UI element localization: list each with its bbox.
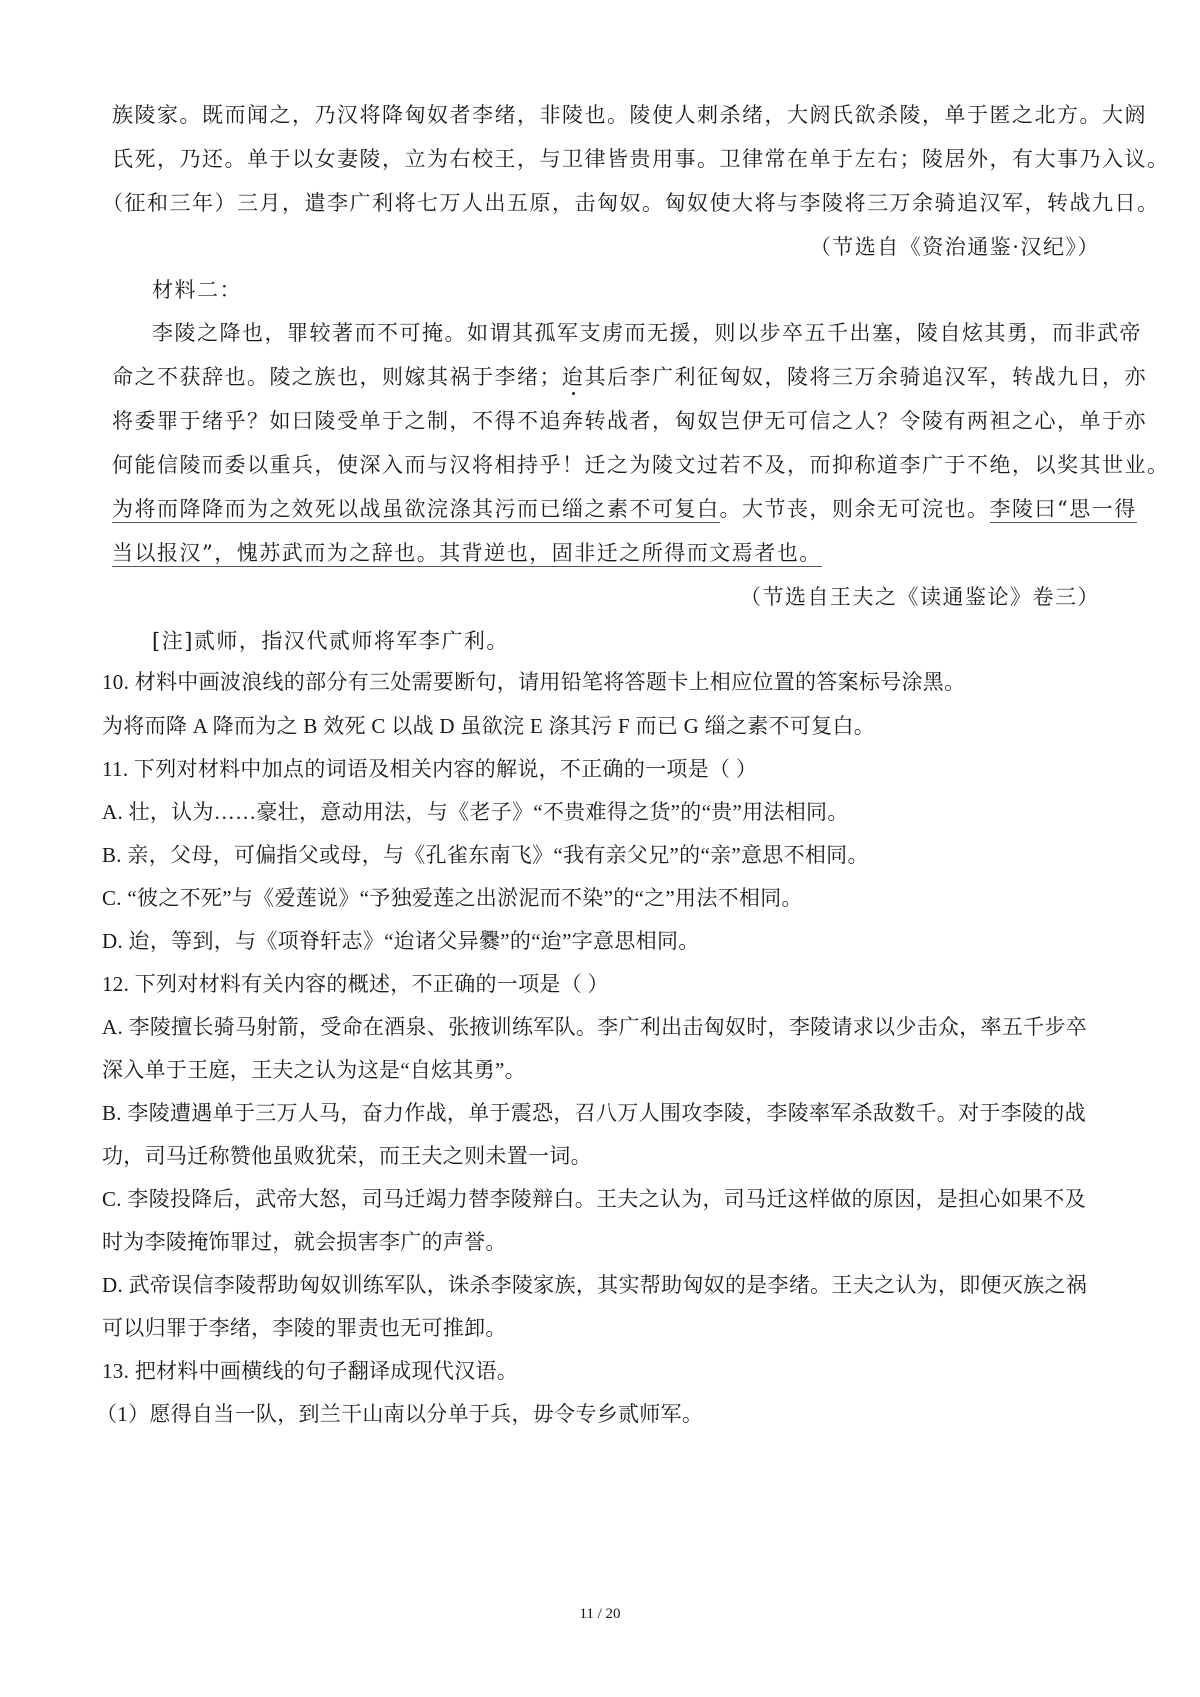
question-12-option-a-cont: 深入单于王庭，王夫之认为这是“自炫其勇”。 — [102, 1055, 1092, 1085]
question-12-option-d: D. 武帝误信李陵帮助匈奴训练军队，诛杀李陵家族，其实帮助匈奴的是李绪。王夫之认… — [102, 1270, 1092, 1300]
material-two-line: 当以报汉”，愧苏武而为之辞也。其背逆也，固非迁之所得而文焉者也。 — [112, 538, 1102, 568]
material-one-source: （节选自《资治通鉴·汉纪》） — [810, 232, 1100, 262]
text-segment: 命之不获辞也。陵之族也，则嫁其祸于李绪； — [112, 365, 562, 389]
underlined-sentence: 李陵曰“思一得 — [990, 497, 1137, 523]
question-11-option-c: C. “彼之不死”与《爱莲说》“予独爱莲之出淤泥而不染”的“之”用法不相同。 — [102, 883, 1092, 913]
question-13-sub-1: （1）愿得自当一队，到兰干山南以分单于兵，毋令专乡贰师军。 — [96, 1399, 1086, 1429]
text-segment: 。大节丧，则余无可浣也。 — [720, 497, 990, 521]
material-two-line: 将委罪于绪乎？如曰陵受单于之制，不得不追奔转战者，匈奴岂伊无可信之人？令陵有两袒… — [112, 406, 1102, 436]
underlined-sentence: 当以报汉”，愧苏武而为之辞也。其背逆也，固非迁之所得而文焉者也。 — [112, 541, 822, 567]
page-number: 11 / 20 — [0, 1606, 1200, 1623]
question-11-option-a: A. 壮，认为……豪壮，意动用法，与《老子》“不贵难得之货”的“贵”用法相同。 — [102, 797, 1092, 827]
material-two-line: 命之不获辞也。陵之族也，则嫁其祸于李绪；迨其后李广利征匈奴，陵将三万余骑追汉军，… — [112, 362, 1102, 392]
question-12-option-d-cont: 可以归罪于李绪，李陵的罪责也无可推卸。 — [102, 1313, 1092, 1343]
material-one-line: （征和三年）三月，遣李广利将七万人出五原，击匈奴。匈奴使大将与李陵将三万余骑追汉… — [102, 188, 1092, 218]
material-two-heading: 材料二： — [152, 275, 1142, 305]
material-two-line: 何能信陵而委以重兵，使深入而与汉将相持乎！迁之为陵文过若不及，而抑称道李广于不绝… — [112, 450, 1102, 480]
question-11-option-b: B. 亲，父母，可偏指父或母，与《孔雀东南飞》“我有亲父兄”的“亲”意思不相同。 — [102, 840, 1092, 870]
question-12-option-c: C. 李陵投降后，武帝大怒，司马迁竭力替李陵辩白。王夫之认为，司马迁这样做的原因… — [102, 1184, 1092, 1214]
annotation-note: [注]贰师，指汉代贰师将军李广利。 — [152, 626, 1142, 656]
material-two-line: 李陵之降也，罪较著而不可掩。如谓其孤军支虏而无援，则以步卒五千出塞，陵自炫其勇，… — [152, 318, 1142, 348]
exam-page: 族陵家。既而闻之，乃汉将降匈奴者李绪，非陵也。陵使人刺杀绪，大阏氏欲杀陵，单于匿… — [0, 0, 1200, 1697]
question-12-option-a: A. 李陵擅长骑马射箭，受命在酒泉、张掖训练军队。李广利出击匈奴时，李陵请求以少… — [102, 1012, 1092, 1042]
question-12-option-c-cont: 时为李陵掩饰罪过，就会损害李广的声誉。 — [102, 1227, 1092, 1257]
question-11-stem: 11. 下列对材料中加点的词语及相关内容的解说，不正确的一项是（ ） — [102, 754, 1092, 784]
question-10-options: 为将而降 A 降而为之 B 效死 C 以战 D 虽欲浣 E 涤其污 F 而已 G… — [102, 711, 1092, 741]
question-13-stem: 13. 把材料中画横线的句子翻译成现代汉语。 — [102, 1356, 1092, 1386]
material-one-line: 族陵家。既而闻之，乃汉将降匈奴者李绪，非陵也。陵使人刺杀绪，大阏氏欲杀陵，单于匿… — [112, 100, 1102, 130]
material-two-line: 为将而降降而为之效死以战虽欲浣涤其污而已缁之素不可复白。大节丧，则余无可浣也。李… — [112, 494, 1102, 524]
question-12-option-b: B. 李陵遭遇单于三万人马，奋力作战，单于震恐，召八万人围攻李陵，李陵率军杀敌数… — [102, 1098, 1092, 1128]
dotted-char: 迨 — [562, 365, 585, 389]
question-11-option-d: D. 迨，等到，与《项脊轩志》“迨诸父异爨”的“迨”字意思相同。 — [102, 926, 1092, 956]
text-segment: 其后李广利征匈奴，陵将三万余骑追汉军，转战九日，亦 — [585, 365, 1148, 389]
material-two-source: （节选自王夫之《读通鉴论》卷三） — [740, 582, 1100, 612]
question-12-stem: 12. 下列对材料有关内容的概述，不正确的一项是（ ） — [102, 969, 1092, 999]
material-one-line: 氏死，乃还。单于以女妻陵，立为右校王，与卫律皆贵用事。卫律常在单于左右；陵居外，… — [112, 144, 1102, 174]
question-10-stem: 10. 材料中画波浪线的部分有三处需要断句，请用铅笔将答题卡上相应位置的答案标号… — [102, 667, 1092, 697]
question-12-option-b-cont: 功，司马迁称赞他虽败犹荣，而王夫之则未置一词。 — [102, 1141, 1092, 1171]
wavy-underlined-passage: 为将而降降而为之效死以战虽欲浣涤其污而已缁之素不可复白 — [112, 497, 720, 523]
